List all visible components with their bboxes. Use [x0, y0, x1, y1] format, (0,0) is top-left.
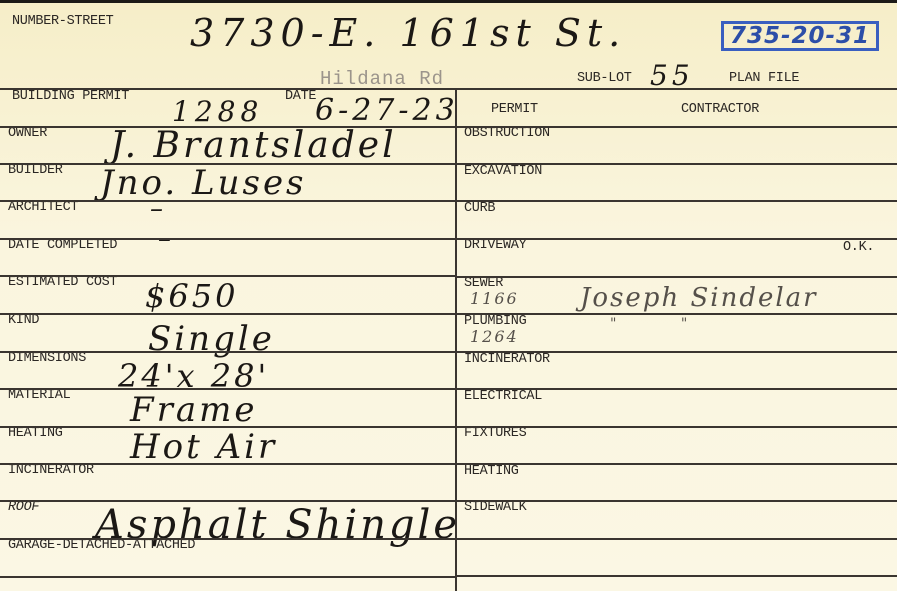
- number-street-label: NUMBER-STREET: [12, 15, 113, 29]
- typed-street-name: Hildana Rd: [320, 68, 444, 90]
- field-value-material: Frame: [130, 393, 257, 427]
- permit-row-label-driveway: DRIVEWAY: [464, 239, 526, 253]
- permit-row-label-obstruction: OBSTRUCTION: [464, 127, 550, 141]
- permit-row-label-incinerator: INCINERATOR: [464, 353, 550, 367]
- field-label-garage: GARAGE-DETACHED-ATTACHED: [8, 539, 195, 553]
- sub-lot-value: 55: [650, 62, 694, 90]
- row-rule: [0, 388, 455, 390]
- row-rule: [0, 538, 455, 540]
- row-rule: [455, 313, 897, 315]
- permit-number-sewer: 1166: [470, 291, 519, 307]
- field-value-owner: J. Brantsladel: [110, 128, 397, 164]
- permit-row-label-curb: CURB: [464, 202, 495, 216]
- permit-row-label-fixtures: FIXTURES: [464, 427, 526, 441]
- row-rule: [455, 276, 897, 278]
- header-divider: [0, 88, 897, 90]
- row-rule: [455, 200, 897, 202]
- parcel-number-stamp: 735-20-31: [721, 21, 879, 51]
- field-label-owner: OWNER: [8, 127, 47, 141]
- field-value-builder: Jno. Luses: [100, 166, 307, 200]
- row-rule: [455, 426, 897, 428]
- permit-row-label-sidewalk: SIDEWALK: [464, 501, 526, 515]
- row-rule: [455, 351, 897, 353]
- date-value: 6-27-23: [315, 96, 459, 126]
- permit-contractor-sewer: Joseph Sindelar: [580, 285, 818, 311]
- row-rule: [0, 426, 455, 428]
- permit-number-plumbing: 1264: [470, 329, 519, 345]
- permit-note-driveway: O.K.: [843, 241, 874, 255]
- field-label-estimated-cost: ESTIMATED COST: [8, 276, 117, 290]
- field-label-date-completed: DATE COMPLETED: [8, 239, 117, 253]
- row-rule: [0, 275, 455, 277]
- row-rule: [455, 126, 897, 128]
- field-label-heating: HEATING: [8, 427, 63, 441]
- row-rule: [0, 313, 455, 315]
- row-rule: [455, 500, 897, 502]
- row-rule: [455, 163, 897, 165]
- row-rule: [0, 576, 455, 578]
- field-label-incinerator: INCINERATOR: [8, 464, 94, 478]
- row-rule: [455, 575, 897, 577]
- row-rule: [455, 538, 897, 540]
- field-label-dimensions: DIMENSIONS: [8, 352, 86, 366]
- field-value-heating: Hot Air: [130, 430, 277, 464]
- row-rule: [0, 200, 455, 202]
- sub-lot-label: SUB-LOT: [577, 72, 632, 86]
- row-rule: [0, 351, 455, 353]
- field-value-estimated-cost: $650: [145, 280, 238, 312]
- permit-row-label-electrical: ELECTRICAL: [464, 390, 542, 404]
- row-rule: [455, 238, 897, 240]
- permit-row-label-heating: HEATING: [464, 465, 519, 479]
- row-rule: [0, 126, 455, 128]
- row-rule: [0, 463, 455, 465]
- field-label-material: MATERIAL: [8, 389, 70, 403]
- building-permit-label: BUILDING PERMIT: [12, 90, 129, 104]
- card-top-edge: [0, 0, 897, 3]
- permit-column-header: PERMIT: [491, 103, 538, 117]
- number-street-value: 3730-E. 161st St.: [190, 14, 626, 52]
- row-rule: [0, 500, 455, 502]
- field-label-roof: ROOF: [8, 501, 39, 515]
- row-rule: [455, 463, 897, 465]
- row-rule: [0, 238, 455, 240]
- permit-contractor-plumbing: " ": [610, 317, 717, 331]
- permit-row-label-excavation: EXCAVATION: [464, 165, 542, 179]
- plan-file-label: PLAN FILE: [729, 72, 799, 86]
- row-rule: [0, 163, 455, 165]
- building-permit-value: 1288: [172, 98, 263, 126]
- permit-card: NUMBER-STREET 3730-E. 161st St. 735-20-3…: [0, 0, 897, 591]
- date-label: DATE: [285, 90, 316, 104]
- field-label-kind: KIND: [8, 314, 39, 328]
- field-label-builder: BUILDER: [8, 164, 63, 178]
- row-rule: [455, 388, 897, 390]
- field-label-architect: ARCHITECT: [8, 201, 78, 215]
- contractor-column-header: CONTRACTOR: [681, 103, 759, 117]
